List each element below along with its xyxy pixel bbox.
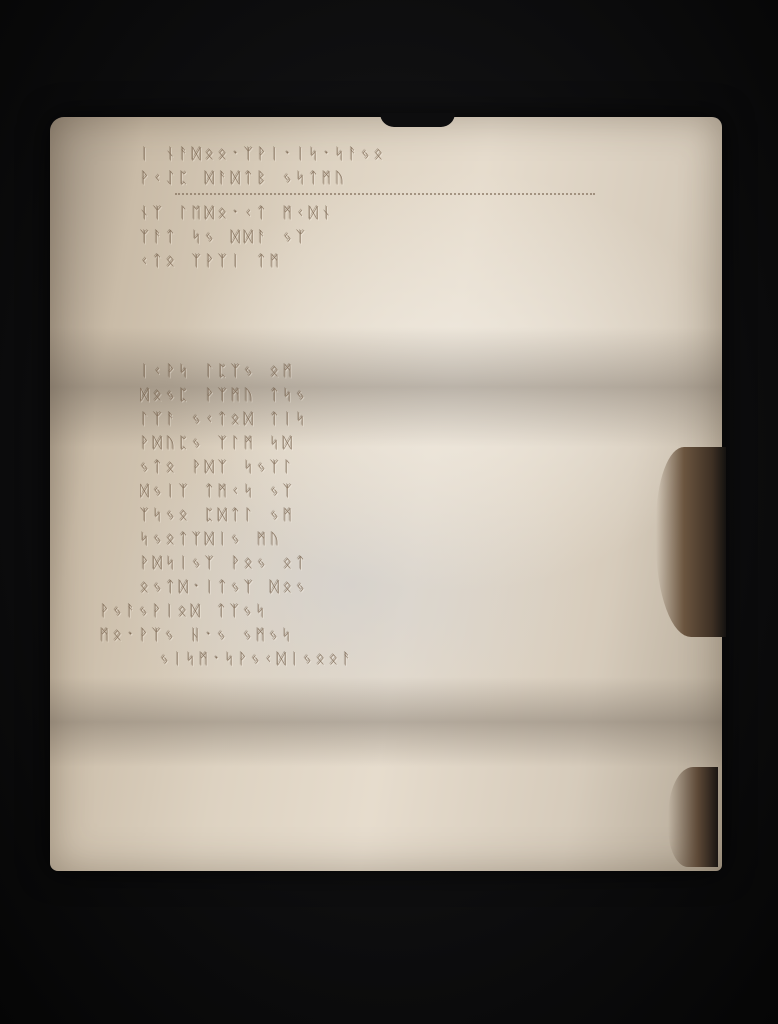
broken-edge-chip — [668, 767, 718, 867]
inscription-line: ᚹᛃᚨᛃᚹᛁᛟᛞ ᛏᛉᛃᛋ — [100, 602, 660, 622]
inscription-line: ᛉᛋᛃᛟ ᛈᛞᛏᛚ ᛃᛗ — [140, 506, 660, 526]
inscription-line: ᚲᛏᛟ ᛉᚹᛉᛁ ᛏᛗ — [140, 252, 660, 272]
inscription: ᛁ ᚾᚨᛞᛟᛟ᛫ᛉᚹᛁ᛫ᛁᛋ᛫ᛋᚨᛃᛟ ᚹᚲᛇᛈ ᛞᚨᛞᛏᛒ ᛃᛋᛏᛗᚢ ᚾᛉ … — [140, 145, 660, 674]
inscription-line: ᛉᚨᛏ ᛋᛃ ᛞᛞᚨ ᛃᛉ — [140, 228, 660, 248]
inscription-line: ᛞᛟᛃᛈ ᚹᛉᛗᚢ ᛏᛋᛃ — [140, 386, 660, 406]
inscription-line: ᚹᛞᛋᛁᛃᛉ ᚹᛟᛃ ᛟᛏ — [140, 554, 660, 574]
top-edge-notch — [380, 113, 455, 127]
inscription-line: ᛁᚲᚹᛋ ᛚᛈᛉᛃ ᛟᛗ — [140, 362, 660, 382]
photo-scene: ᛁ ᚾᚨᛞᛟᛟ᛫ᛉᚹᛁ᛫ᛁᛋ᛫ᛋᚨᛃᛟ ᚹᚲᛇᛈ ᛞᚨᛞᛏᛒ ᛃᛋᛏᛗᚢ ᚾᛉ … — [0, 0, 778, 1024]
inscription-line: ᚾᛉ ᛚᛖᛞᛟ᛫ᚲᛏ ᛗᚲᛞᚾ — [140, 204, 660, 224]
inscription-line: ᛚᛉᚨ ᛃᚲᛏᛟᛞ ᛏᛁᛋ — [140, 410, 660, 430]
inscription-line: ᚹᚲᛇᛈ ᛞᚨᛞᛏᛒ ᛃᛋᛏᛗᚢ — [140, 169, 660, 189]
incised-rule — [175, 193, 595, 196]
inscription-line: ᛃᛏᛟ ᚹᛞᛉ ᛋᛃᛉᛚ — [140, 458, 660, 478]
inscription-line: ᛁ ᚾᚨᛞᛟᛟ᛫ᛉᚹᛁ᛫ᛁᛋ᛫ᛋᚨᛃᛟ — [140, 145, 660, 165]
inscription-line: ᛗᛟ᛫ᚹᛉᛃ ᚺ᛫ᛃ ᛃᛗᛃᛋ — [100, 626, 660, 646]
light-shadow-band — [50, 677, 722, 767]
inscription-line: ᛋᛃᛟᛏᛉᛞᛁᛃ ᛗᚢ — [140, 530, 660, 550]
stone-tablet: ᛁ ᚾᚨᛞᛟᛟ᛫ᛉᚹᛁ᛫ᛁᛋ᛫ᛋᚨᛃᛟ ᚹᚲᛇᛈ ᛞᚨᛞᛏᛒ ᛃᛋᛏᛗᚢ ᚾᛉ … — [50, 117, 722, 871]
inscription-line: ᚹᛞᚢᛈᛃ ᛉᛚᛗ ᛋᛞ — [140, 434, 660, 454]
inscription-line: ᛞᛃᛁᛉ ᛏᛗᚲᛋ ᛃᛉ — [140, 482, 660, 502]
broken-edge-chip — [656, 447, 726, 637]
inscription-line: ᛟᛃᛏᛞ᛫ᛁᛏᛃᛉ ᛞᛟᛃ — [140, 578, 660, 598]
inscription-line: ᛃᛁᛋᛗ᛫ᛋᚹᛃᚲᛞᛁᛃᛟᛟᚨ — [160, 650, 660, 670]
